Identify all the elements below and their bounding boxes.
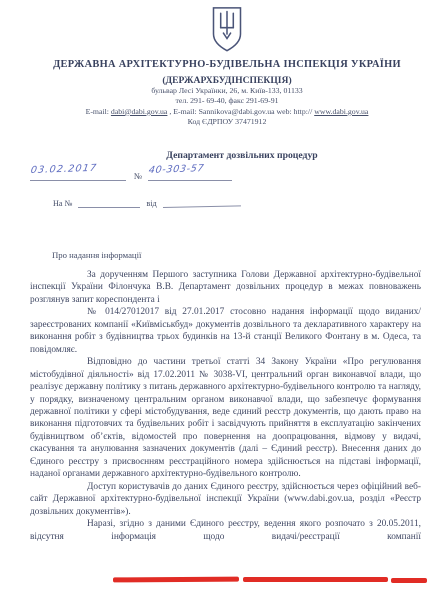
red-marker-underline-segment xyxy=(113,577,239,583)
outgoing-ref-line: 03.02.2017№40-303-57 xyxy=(30,165,232,181)
body-paragraph-4: Доступ користувачів до даних Єдиного реє… xyxy=(30,481,421,518)
email-label: E-mail: xyxy=(86,107,111,116)
incoming-ref-line: На №від xyxy=(53,196,241,208)
org-contacts-line: E-mail: dabi@dabi.gov.ua , E-mail: Sanni… xyxy=(22,107,432,117)
subject-line: Про надання інформації xyxy=(52,250,141,260)
reply-number-label: На № xyxy=(53,199,72,208)
body-paragraph-5: Наразі, згідно з даними Єдиного реєстру,… xyxy=(30,518,421,543)
org-phone-fax: тел. 291- 69-40, факс 291-69-91 xyxy=(22,96,432,106)
ukraine-coat-of-arms-icon xyxy=(209,6,245,53)
reply-date-label: від xyxy=(146,199,156,208)
org-address: бульвар Лесі Українки, 26, м. Київ-133, … xyxy=(22,86,432,96)
number-field: 40-303-57 xyxy=(148,165,232,181)
handwritten-date: 03.02.2017 xyxy=(30,163,98,176)
org-short-name: (ДЕРЖАРХБУДІНСПЕКЦІЯ) xyxy=(22,75,432,86)
body-paragraph-2: № 014/27012017 від 27.01.2017 стосовно н… xyxy=(30,306,421,356)
letterhead: ДЕРЖАВНА АРХІТЕКТУРНО-БУДІВЕЛЬНА ІНСПЕКЦ… xyxy=(0,6,432,128)
letter-body: За дорученням Першого заступника Голови … xyxy=(30,269,421,543)
handwritten-number: 40-303-57 xyxy=(148,163,205,176)
org-name: ДЕРЖАВНА АРХІТЕКТУРНО-БУДІВЕЛЬНА ІНСПЕКЦ… xyxy=(22,59,432,71)
body-paragraph-3: Відповідно до частини третьої статті 34 … xyxy=(30,356,421,481)
reply-date-blank-field xyxy=(162,194,240,208)
red-marker-underline-segment xyxy=(391,578,427,583)
website-url: www.dabi.gov.ua xyxy=(314,107,368,116)
number-sign-label: № xyxy=(134,171,142,181)
body-paragraph-1: За дорученням Першого заступника Голови … xyxy=(30,269,421,306)
red-marker-underline-segment xyxy=(243,577,388,582)
date-field: 03.02.2017 xyxy=(30,165,126,181)
org-edrpou-code: Код ЄДРПОУ 37471912 xyxy=(22,117,432,127)
email-secondary-and-web-label: , E-mail: Sannikova@dabi.gov.ua web: htt… xyxy=(167,107,314,116)
reply-number-blank-field xyxy=(78,196,140,208)
department-name: Департамент дозвільних процедур xyxy=(0,150,432,161)
scanned-letter-page: ДЕРЖАВНА АРХІТЕКТУРНО-БУДІВЕЛЬНА ІНСПЕКЦ… xyxy=(0,0,432,592)
email-primary: dabi@dabi.gov.ua xyxy=(111,107,167,116)
